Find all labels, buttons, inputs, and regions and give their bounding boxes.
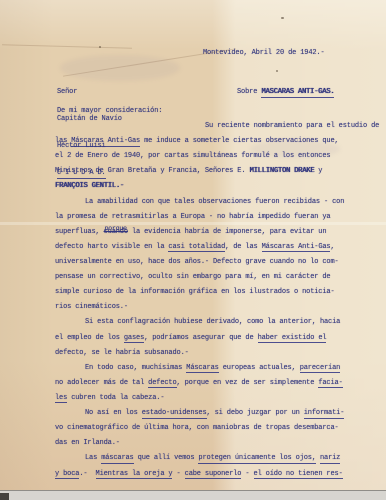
text-segment: vo cinematográfico de última hora, con m…: [55, 424, 339, 432]
text-segment: Máscaras Anti-Gas: [262, 243, 331, 253]
text-segment: cuandoporque: [104, 228, 128, 236]
text-segment: el empleo de los: [55, 334, 124, 342]
text-segment: Su reciente nombramiento para el estudio…: [205, 122, 379, 130]
ghost-writing-smudge: [60, 55, 180, 81]
text-segment: gases: [124, 334, 144, 344]
text-segment: das en Irlanda.-: [55, 439, 120, 447]
text-segment: , de las: [225, 243, 261, 251]
salutation: De mi mayor consideración:: [57, 107, 162, 115]
letter-line: das en Irlanda.-: [55, 436, 363, 451]
text-segment: el oído no tienen res-: [254, 470, 343, 480]
text-segment: Si esta conflagración hubiese derivado, …: [85, 318, 340, 326]
text-segment: Las: [85, 454, 101, 462]
text-segment: , porque en vez de ser simplemente: [177, 379, 319, 387]
text-segment: protegen únicamente los ojos,: [198, 454, 315, 464]
text-segment: europeas actuales,: [219, 364, 300, 372]
letter-line: superfluas, cuandoporque la evidencia ha…: [55, 225, 363, 240]
typed-correction: porque: [105, 221, 127, 236]
text-segment: defecto: [148, 379, 176, 389]
letter-line: pensase un correctivo, oculto sin embarg…: [55, 270, 363, 285]
letter-line: y boca.- Mientras la oreja y - cabe supo…: [55, 467, 363, 482]
text-segment: FRANÇOIS GENTIL.-: [55, 182, 124, 190]
text-segment: Máscaras: [186, 364, 218, 374]
letter-line: La amabilidad con que tales observacione…: [55, 195, 363, 210]
letter-line: Las máscaras que allí vemos protegen úni…: [55, 451, 363, 466]
subject-prefix: Sobre: [237, 88, 261, 96]
letter-line: no adolecer más de tal defecto, porque e…: [55, 376, 363, 391]
text-segment: y: [314, 167, 322, 175]
text-segment: No así en los: [85, 409, 142, 417]
text-segment: rios cinemáticos.-: [55, 303, 128, 311]
text-segment: , si debo juzgar por un: [207, 409, 304, 417]
letter-line: FRANÇOIS GENTIL.-: [55, 179, 363, 194]
text-segment: y boca: [55, 470, 79, 480]
text-segment: , podríamos asegurar que de: [144, 334, 257, 342]
letter-line: simple curioso de la información gráfica…: [55, 285, 363, 300]
text-segment: la promesa de retrasmitirlas a Europa - …: [55, 213, 330, 221]
letter-line: defecto, se le habría subsanado.-: [55, 346, 363, 361]
letter-line: rios cinemáticos.-: [55, 300, 363, 315]
scan-background-strip: [0, 490, 386, 500]
text-segment: defecto harto visible en la: [55, 243, 168, 251]
text-segment: no adolecer más de tal: [55, 379, 148, 387]
paper-speck: [281, 17, 284, 19]
letter-line: universalmente en uso, hace dos años.- D…: [55, 255, 363, 270]
letter-line: el empleo de los gases, podríamos asegur…: [55, 331, 363, 346]
text-segment: La amabilidad con que tales observacione…: [85, 198, 344, 206]
letter-line: la promesa de retrasmitirlas a Europa - …: [55, 210, 363, 225]
text-segment: -: [241, 470, 253, 478]
text-segment: les: [55, 394, 67, 404]
text-segment: haber existido el: [258, 334, 327, 344]
text-segment: nariz: [320, 454, 340, 464]
paper-speck: [276, 70, 278, 72]
text-segment: Ministros de Gran Bretaña y Francia, Señ…: [55, 167, 249, 175]
paper-speck: [99, 46, 101, 48]
text-segment: Mientras la oreja y: [96, 470, 173, 480]
text-segment: universalmente en uso, hace dos años.- D…: [55, 258, 339, 266]
letter-line: Si esta conflagración hubiese derivado, …: [55, 315, 363, 330]
text-segment: que allí vemos: [134, 454, 199, 462]
text-segment: cubren toda la cabeza.-: [67, 394, 164, 402]
letter-line: No así en los estado-unidenses, si debo …: [55, 406, 363, 421]
text-segment: .-: [79, 470, 95, 478]
text-segment: la evidencia habría de imponerse, para e…: [128, 228, 326, 236]
letter-line: defecto harto visible en la casi totalid…: [55, 240, 363, 255]
text-segment: En todo caso, muchísimas: [85, 364, 186, 372]
text-segment: ,: [330, 243, 334, 251]
letter-line: Su reciente nombramiento para el estudio…: [55, 119, 363, 134]
text-segment: casi totalidad: [168, 243, 225, 253]
paper-crease: [2, 44, 132, 48]
letter-body: Su reciente nombramiento para el estudio…: [55, 119, 363, 482]
letter-line: En todo caso, muchísimas Máscaras europe…: [55, 361, 363, 376]
ghost-writing-smudge: [250, 140, 340, 158]
text-segment: superfluas,: [55, 228, 104, 236]
text-segment: parecerían: [300, 364, 341, 374]
scan-corner-mark: [0, 493, 9, 500]
text-segment: pensase un correctivo, oculto sin embarg…: [55, 273, 330, 281]
recipient-title: Señor: [57, 88, 122, 97]
subject-topic: MASCARAS ANTI-GAS.: [261, 88, 334, 98]
text-segment: simple curioso de la información gráfica…: [55, 288, 335, 296]
letter-line: vo cinematográfico de última hora, con m…: [55, 421, 363, 436]
text-segment: -: [172, 470, 184, 478]
letter-line: Ministros de Gran Bretaña y Francia, Señ…: [55, 164, 363, 179]
text-segment: las: [55, 137, 71, 145]
text-segment: MILLINGTON DRAKE: [249, 167, 314, 175]
text-segment: estado-unidenses: [142, 409, 207, 419]
text-segment: cabe suponerlo: [185, 470, 242, 480]
subject-line: Sobre MASCARAS ANTI-GAS.: [237, 88, 334, 96]
text-segment: Máscaras Anti-Gas: [71, 137, 140, 147]
text-segment: informati-: [304, 409, 345, 419]
text-segment: máscaras: [101, 454, 133, 464]
date-line: Montevideo, Abril 20 de 1942.-: [203, 49, 325, 57]
text-segment: facia-: [318, 379, 342, 389]
text-segment: defecto, se le habría subsanado.-: [55, 349, 189, 357]
letter-line: les cubren toda la cabeza.-: [55, 391, 363, 406]
letter-sheet: Montevideo, Abril 20 de 1942.- Señor Cap…: [0, 0, 386, 500]
